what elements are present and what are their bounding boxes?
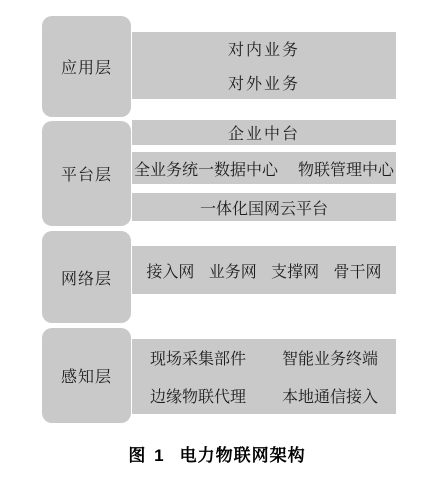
- box-item-internal-business: 对内业务: [228, 37, 300, 60]
- box-item-external-business: 对外业务: [228, 71, 300, 94]
- box-item-local-comm-access: 本地通信接入: [282, 384, 378, 407]
- figure-title: 电力物联网架构: [180, 446, 306, 465]
- enterprise-middle-platform-box: 企业中台: [132, 120, 396, 145]
- figure-number: 图 1: [128, 446, 165, 465]
- network-box: 接入网 业务网 支撑网 骨干网: [132, 246, 396, 294]
- box-item-business-network: 业务网: [209, 259, 257, 282]
- layer-pill-platform: 平台层: [42, 121, 131, 226]
- layer-label-platform: 平台层: [61, 162, 112, 185]
- box-item-cloud-platform: 一体化国网云平台: [200, 196, 328, 219]
- cloud-platform-box: 一体化国网云平台: [132, 193, 396, 221]
- box-item-smart-terminal: 智能业务终端: [282, 346, 378, 369]
- box-item-unified-data-center: 全业务统一数据中心: [134, 157, 278, 180]
- layer-pill-network: 网络层: [42, 231, 131, 323]
- box-item-support-network: 支撑网: [271, 259, 319, 282]
- data-center-box: 全业务统一数据中心 物联管理中心: [132, 152, 396, 184]
- box-item-backbone-network: 骨干网: [334, 259, 382, 282]
- figure-caption: 图 1电力物联网架构: [0, 441, 434, 466]
- layer-label-perception: 感知层: [61, 364, 112, 387]
- box-item-field-collection: 现场采集部件: [150, 346, 246, 369]
- box-item-enterprise-platform: 企业中台: [228, 121, 300, 144]
- layer-label-application: 应用层: [61, 55, 112, 78]
- application-business-box: 对内业务 对外业务: [132, 32, 396, 99]
- box-item-iot-management-center: 物联管理中心: [298, 157, 394, 180]
- perception-box: 现场采集部件 智能业务终端 边缘物联代理 本地通信接入: [132, 339, 396, 414]
- power-iot-architecture-figure: 应用层 平台层 网络层 感知层 对内业务 对外业务 企业中台 全业务统一数据中心…: [0, 0, 434, 487]
- box-item-access-network: 接入网: [146, 259, 194, 282]
- layer-pill-application: 应用层: [42, 16, 131, 117]
- layer-pill-perception: 感知层: [42, 328, 131, 423]
- box-item-edge-iot-agent: 边缘物联代理: [150, 384, 246, 407]
- layer-label-network: 网络层: [61, 266, 112, 289]
